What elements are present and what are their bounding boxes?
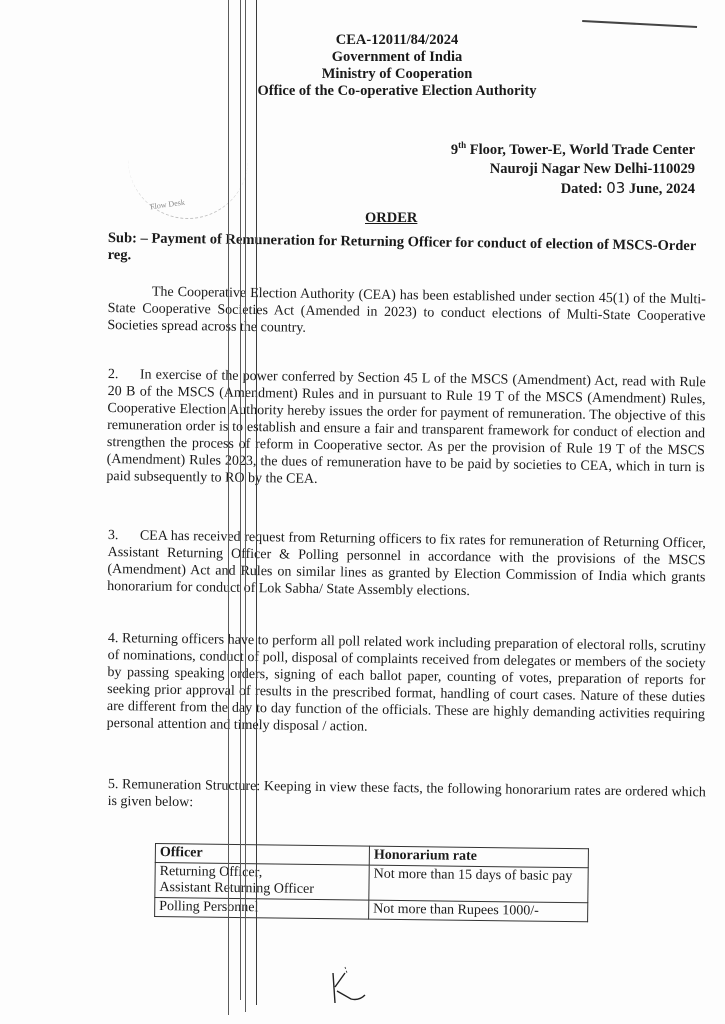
handwritten-day: 03 [606,179,625,197]
ministry-name: Ministry of Cooperation [232,66,562,83]
column-header-officer: Officer [155,844,369,866]
document-page: CEA-12011/84/2024 Government of India Mi… [0,0,725,1024]
rate-cell: Not more than Rupees 1000/- [369,900,588,922]
address-line-1: 9th Floor, Tower-E, World Trade Center [451,136,695,160]
government-name: Government of India [232,49,562,66]
office-name: Office of the Co-operative Election Auth… [232,83,562,100]
letterhead: CEA-12011/84/2024 Government of India Mi… [232,32,562,100]
reference-number: CEA-12011/84/2024 [232,32,562,49]
address-block: 9th Floor, Tower-E, World Trade Center N… [451,136,695,199]
table-row: Returning Officer,Assistant Returning Of… [155,863,588,903]
paragraph-5: 5. Remuneration Structure: Keeping in vi… [108,776,706,818]
paragraph-3: 3.CEA has received request from Returnin… [107,527,706,603]
table-row: Polling Personnel Not more than Rupees 1… [155,898,588,922]
paragraph-2: 2.In exercise of the power conferred by … [106,366,706,493]
signature-mark [325,965,370,1010]
officer-cell: Polling Personnel [155,898,369,920]
paragraph-1: The Cooperative Election Authority (CEA)… [107,283,706,342]
honorarium-table: Officer Honorarium rate Returning Office… [154,843,589,922]
dated-line: Dated: 03 June, 2024 [451,179,695,199]
order-title: ORDER [365,210,417,227]
address-line-2: Nauroji Nagar New Delhi-110029 [451,160,695,179]
officer-cell: Returning Officer,Assistant Returning Of… [155,863,369,901]
office-seal-stamp [128,158,248,219]
rate-cell: Not more than 15 days of basic pay [369,865,588,903]
top-right-stamp-mark [582,20,697,32]
order-subject: Sub: – Payment of Remuneration for Retur… [108,230,708,272]
paragraph-4: 4. Returning officers have to perform al… [107,630,706,740]
